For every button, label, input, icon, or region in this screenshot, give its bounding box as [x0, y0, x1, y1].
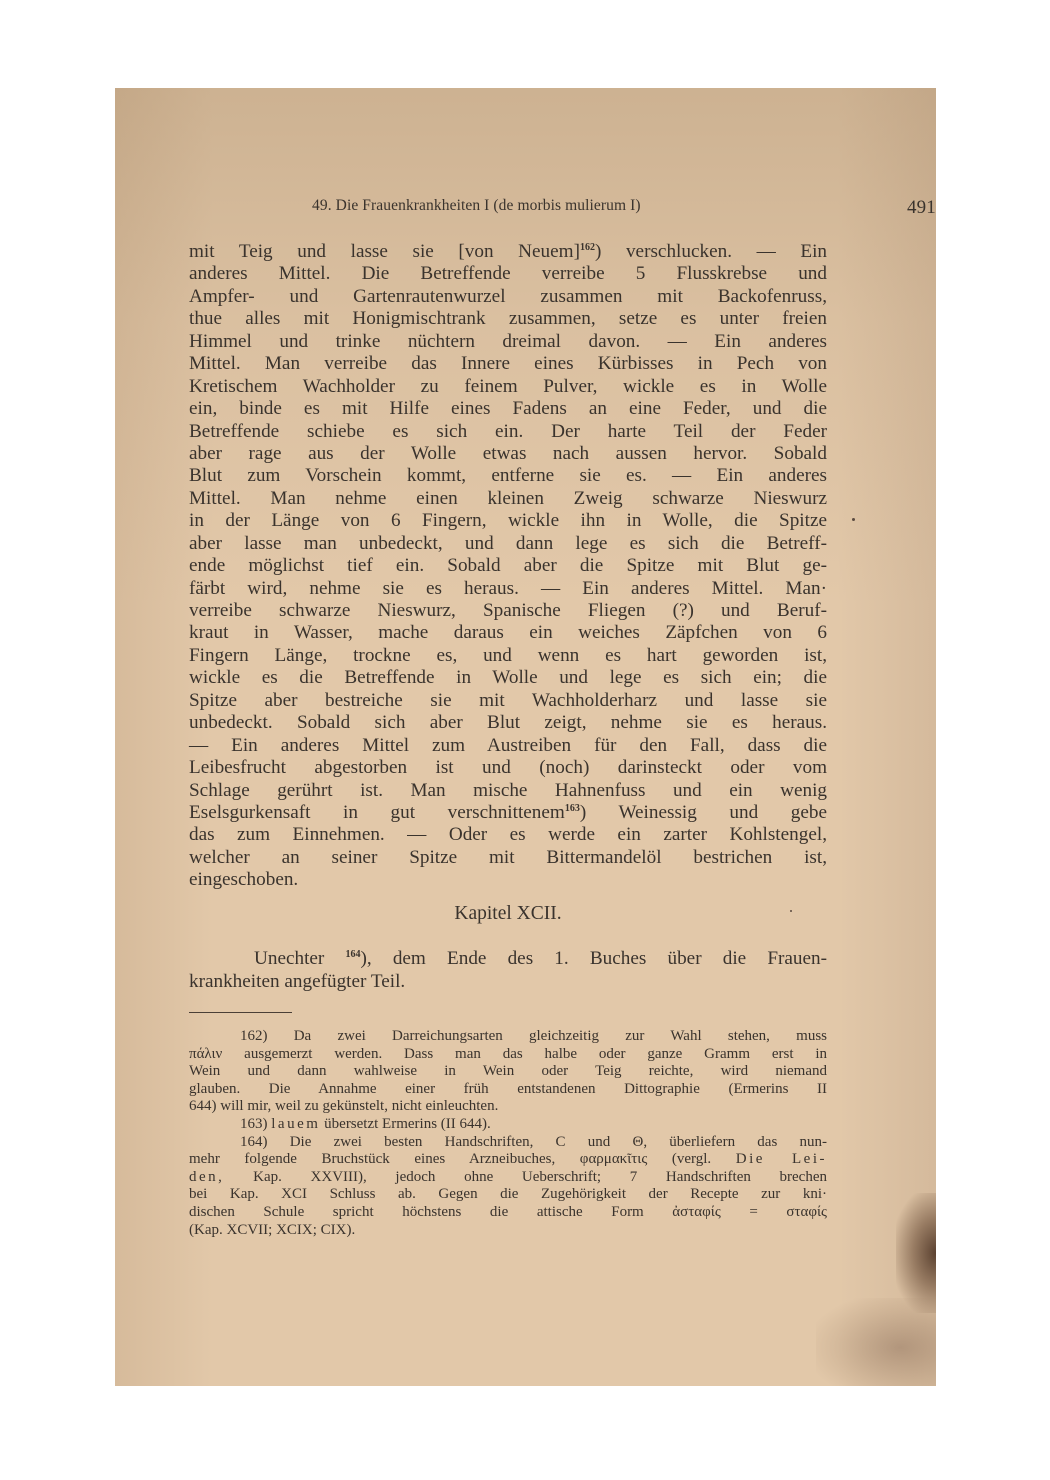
body-text-line: kraut in Wasser, mache daraus ein weiche…	[189, 622, 827, 644]
body-text-line: mit Teig und lasse sie [von Neuem]162) v…	[189, 241, 827, 263]
footnote-text: mehr folgende Bruchstück eines Arzneibuc…	[189, 1151, 711, 1167]
body-text-segment: verreibe schwarze Nieswurz, Spanische Fl…	[189, 600, 827, 621]
footnote-separator	[189, 1012, 292, 1013]
chapter-title: Kapitel XCII.	[189, 903, 827, 925]
body-text-segment: Fingern Länge, trockne es, und wenn es h…	[189, 645, 827, 666]
body-text-segment: Betreffende schiebe es sich ein. Der har…	[189, 421, 827, 442]
chapter-subtitle-text: ), dem Ende des 1. Buches über die Fraue…	[360, 948, 827, 969]
footnote-162-line: glauben. Die Annahme einer früh entstand…	[189, 1081, 827, 1099]
body-text-line: anderes Mittel. Die Betreffende verreibe…	[189, 263, 827, 285]
footnote-162-line: 162) Da zwei Darreichungsarten gleichzei…	[189, 1028, 827, 1046]
footnote-163: 163) lauem übersetzt Ermerins (II 644).	[189, 1116, 827, 1134]
footnote-emphasis: den,	[189, 1169, 224, 1185]
footnote-162-line: πάλιν ausgemerzt werden. Dass man das ha…	[189, 1046, 827, 1064]
body-text-line: thue alles mit Honigmischtrank zusammen,…	[189, 308, 827, 330]
footnote-text: Kap. XXVIII), jedoch ohne Ueberschrift; …	[253, 1169, 827, 1185]
body-text-line: Ampfer- und Gartenrautenwurzel zusammen …	[189, 286, 827, 308]
body-text-line: in der Länge von 6 Fingern, wickle ihn i…	[189, 510, 827, 532]
footnote-number: 163)	[240, 1116, 268, 1132]
footnote-164-line: mehr folgende Bruchstück eines Arzneibuc…	[189, 1151, 827, 1169]
body-text-line: wickle es die Betreffende in Wolle und l…	[189, 667, 827, 689]
footnote-ref: 163	[565, 803, 580, 814]
footnote-164-line: dischen Schule spricht höchstens die att…	[189, 1204, 827, 1222]
body-text-segment: Kretischem Wachholder zu feinem Pulver, …	[189, 376, 827, 397]
body-text-line: — Ein anderes Mittel zum Austreiben für …	[189, 735, 827, 757]
body-text-segment: mit Teig und lasse sie [von Neuem]	[189, 241, 580, 262]
body-text-line: Himmel und trinke nüchtern dreimal davon…	[189, 331, 827, 353]
body-text-segment: wickle es die Betreffende in Wolle und l…	[189, 667, 827, 688]
footnotes: 162) Da zwei Darreichungsarten gleichzei…	[189, 1028, 827, 1239]
body-text-segment: in der Länge von 6 Fingern, wickle ihn i…	[189, 510, 827, 531]
body-text-segment: aber lasse man unbedeckt, und dann lege …	[189, 533, 827, 554]
footnote-emphasis: Die Lei-	[736, 1151, 827, 1167]
body-text-line: Schlage gerührt ist. Man mische Hahnenfu…	[189, 780, 827, 802]
footnote-text: übersetzt Ermerins (II 644).	[324, 1116, 491, 1132]
running-head-title: 49. Die Frauenkrankheiten I (de morbis m…	[312, 197, 641, 214]
body-text-line: Eselsgurkensaft in gut verschnittenem163…	[189, 802, 827, 824]
body-text-line: ende möglichst tief ein. Sobald aber die…	[189, 555, 827, 577]
body-text-line: Spitze aber bestreiche sie mit Wachholde…	[189, 690, 827, 712]
body-text-segment: thue alles mit Honigmischtrank zusammen,…	[189, 308, 827, 329]
body-text-line: eingeschoben.	[189, 869, 827, 891]
main-body-text: mit Teig und lasse sie [von Neuem]162) v…	[189, 241, 827, 892]
body-text-segment: Mittel. Man verreibe das Innere eines Kü…	[189, 353, 827, 374]
body-text-line: Betreffende schiebe es sich ein. Der har…	[189, 421, 827, 443]
body-text-segment: welcher an seiner Spitze mit Bittermande…	[189, 847, 827, 868]
paper-speck	[852, 518, 855, 521]
body-text-segment: ende möglichst tief ein. Sobald aber die…	[189, 555, 827, 576]
footnote-ref: 162	[580, 242, 595, 253]
body-text-segment: anderes Mittel. Die Betreffende verreibe…	[189, 263, 827, 284]
body-text-segment: — Ein anderes Mittel zum Austreiben für …	[189, 735, 827, 756]
body-text-line: Leibesfrucht abgestorben ist und (noch) …	[189, 757, 827, 779]
footnote-162-line: 644) will mir, weil zu gekünstelt, nicht…	[189, 1098, 827, 1116]
thumb-shadow	[896, 1193, 936, 1313]
footnote-164-line: den, Kap. XXVIII), jedoch ohne Ueberschr…	[189, 1169, 827, 1187]
body-text-line: verreibe schwarze Nieswurz, Spanische Fl…	[189, 600, 827, 622]
body-text-segment: Schlage gerührt ist. Man mische Hahnenfu…	[189, 780, 827, 801]
footnote-162-line: Wein und dann wahlweise in Wein oder Tei…	[189, 1063, 827, 1081]
body-text-segment: ein, binde es mit Hilfe eines Fadens an …	[189, 398, 827, 419]
body-text-line: färbt wird, nehme sie es heraus. — Ein a…	[189, 578, 827, 600]
body-text-segment: unbedeckt. Sobald sich aber Blut zeigt, …	[189, 712, 827, 733]
body-text-segment: Eselsgurkensaft in gut verschnittenem	[189, 802, 565, 823]
body-text-line: Kretischem Wachholder zu feinem Pulver, …	[189, 376, 827, 398]
chapter-subtitle-line: Unechter 164), dem Ende des 1. Buches üb…	[189, 948, 827, 971]
running-head: 49. Die Frauenkrankheiten I (de morbis m…	[312, 197, 936, 215]
footnote-emphasis: lauem	[271, 1116, 320, 1132]
body-text-line: aber rage aus der Wolle etwas nach ausse…	[189, 443, 827, 465]
body-text-segment: Mittel. Man nehme einen kleinen Zweig sc…	[189, 488, 827, 509]
body-text-line: Mittel. Man verreibe das Innere eines Kü…	[189, 353, 827, 375]
body-text-segment: Ampfer- und Gartenrautenwurzel zusammen …	[189, 286, 827, 307]
body-text-line: aber lasse man unbedeckt, und dann lege …	[189, 533, 827, 555]
body-text-segment: aber rage aus der Wolle etwas nach ausse…	[189, 443, 827, 464]
body-text-line: welcher an seiner Spitze mit Bittermande…	[189, 847, 827, 869]
body-text-segment: Spitze aber bestreiche sie mit Wachholde…	[189, 690, 827, 711]
body-text-segment: ) verschlucken. — Ein	[595, 241, 827, 262]
body-text-segment: kraut in Wasser, mache daraus ein weiche…	[189, 622, 827, 643]
page-number: 491	[907, 197, 936, 219]
body-text-line: das zum Einnehmen. — Oder es werde ein z…	[189, 824, 827, 846]
body-text-segment: Himmel und trinke nüchtern dreimal davon…	[189, 331, 827, 352]
body-text-segment: färbt wird, nehme sie es heraus. — Ein a…	[189, 578, 827, 599]
body-text-line: Fingern Länge, trockne es, und wenn es h…	[189, 645, 827, 667]
footnote-164-line: 164) Die zwei besten Handschriften, C un…	[189, 1134, 827, 1152]
book-page: 49. Die Frauenkrankheiten I (de morbis m…	[115, 88, 936, 1386]
footnote-164-line: bei Kap. XCI Schluss ab. Gegen die Zugeh…	[189, 1186, 827, 1204]
thumb-blur	[816, 1298, 936, 1386]
body-text-segment: ) Weinessig und gebe	[580, 802, 827, 823]
footnote-164-line: (Kap. XCVII; XCIX; CIX).	[189, 1222, 827, 1240]
body-text-segment: Leibesfrucht abgestorben ist und (noch) …	[189, 757, 827, 778]
chapter-subtitle: Unechter 164), dem Ende des 1. Buches üb…	[189, 948, 827, 993]
body-text-line: Mittel. Man nehme einen kleinen Zweig sc…	[189, 488, 827, 510]
body-text-line: unbedeckt. Sobald sich aber Blut zeigt, …	[189, 712, 827, 734]
body-text-line: ein, binde es mit Hilfe eines Fadens an …	[189, 398, 827, 420]
body-text-segment: das zum Einnehmen. — Oder es werde ein z…	[189, 824, 827, 845]
chapter-subtitle-line: krankheiten angefügter Teil.	[189, 971, 827, 994]
body-text-segment: Blut zum Vorschein kommt, entferne sie e…	[189, 465, 827, 486]
body-text-line: Blut zum Vorschein kommt, entferne sie e…	[189, 465, 827, 487]
body-text-segment: eingeschoben.	[189, 869, 298, 890]
chapter-subtitle-text: Unechter	[254, 948, 324, 969]
footnote-ref: 164	[345, 949, 360, 960]
